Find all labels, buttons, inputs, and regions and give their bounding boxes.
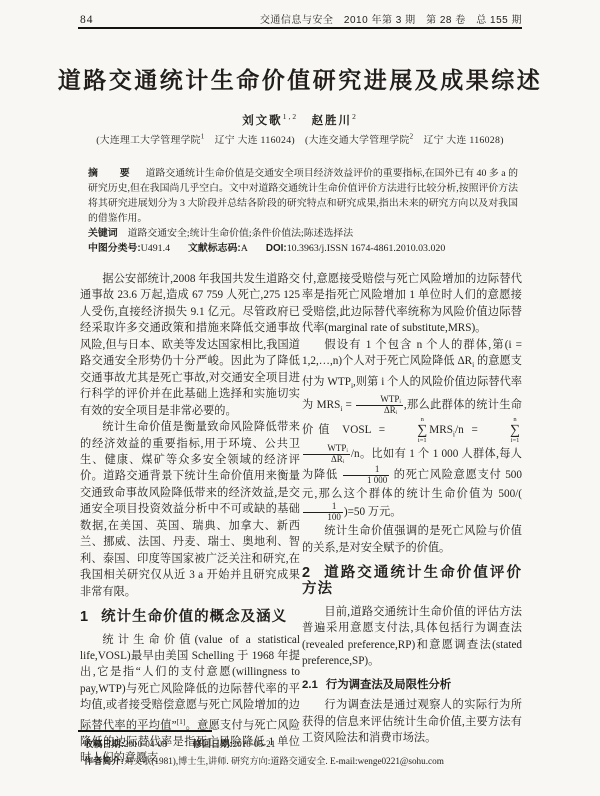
paragraph-vosl-emphasis: 统计生命价值强调的是死亡风险与价值的关系,是对安全赋予的价值。 [302,523,522,556]
paragraph-evaluation-methods: 目前,道路交通统计生命价值的评估方法普遍采用意愿支付法,具体包括行为调查法(re… [302,604,522,670]
paper-title: 道路交通统计生命价值研究进展及成果综述 [40,62,560,95]
section-2-number: 2 [302,565,311,581]
summation-symbol: n∑i=1 [395,417,427,444]
summation-symbol: n∑i=1 [488,417,520,444]
right-column: 付,意愿接受赔偿与死亡风险增加的边际替代率是指死亡风险增加 1 单位时人们的意愿… [302,271,522,747]
header-rule [78,27,522,29]
keywords-line: 关键词道路交通安全;统计生命价值;条件价值法;陈述选择法 [88,227,518,242]
page-header: 84 交通信息与安全 2010 年第 3 期 第 28 卷 总 155 期 [80,11,522,26]
section-1-title: 统计生命价值的概念及涵义 [101,609,287,625]
abstract-paragraph: 摘 要道路交通统计生命价值是交通安全项目经济效益评价的重要指标,在国外已有 40… [88,167,518,227]
footnote-block: 收稿日期:2010-04-08修回日期:2010-05-21 作者简介:刘文歌(… [84,736,522,770]
author-bio-value: 刘文歌(1981),博士生,讲师. 研究方向:道路交通安全. E-mail:we… [124,756,444,766]
inline-fraction: WTPᵢΔRᵢ [303,444,350,465]
journal-issue-info: 交通信息与安全 2010 年第 3 期 第 28 卷 总 155 期 [260,11,522,26]
doc-code-value: A [241,243,248,254]
paragraph-vosl-importance: 统计生命价值是衡量致命风险降低带来的经济效益的重要指标,用于环境、公共卫生、健康… [80,419,300,600]
abstract-text: 道路交通统计生命价值是交通安全项目经济效益评价的重要指标,在国外已有 40 多 … [88,168,518,224]
inline-fraction: 11 000 [343,465,390,486]
paragraph-mrs-continuation: 付,意愿接受赔偿与死亡风险增加的边际替代率是指死亡风险增加 1 单位时人们的意愿… [302,271,522,337]
abstract-block: 摘 要道路交通统计生命价值是交通安全项目经济效益评价的重要指标,在国外已有 40… [88,167,518,256]
abstract-label: 摘 要 [88,168,136,179]
section-2-1-heading: 2.1行为调查法及局限性分析 [302,677,522,693]
revised-date-label: 修回日期: [193,739,233,749]
section-2-1-number: 2.1 [302,679,318,691]
paragraph-vosl-formula: 假设有 1 个包含 n 个人的群体,第(i = 1,2,…,n)个人对于死亡风险… [302,337,522,523]
clc-value: U491.4 [141,243,170,254]
clc-label: 中图分类号: [88,243,141,254]
affiliations-line: (大连理工大学管理学院1 辽宁 大连 116024) (大连交通大学管理学院2 … [0,132,600,146]
received-date-label: 收稿日期: [84,739,124,749]
section-2-title: 道路交通统计生命价值评价方法 [302,565,522,597]
section-2-heading: 2道路交通统计生命价值评价方法 [302,565,522,598]
revised-date-value: 2010-05-21 [233,739,276,749]
scanned-paper-page: 84 交通信息与安全 2010 年第 3 期 第 28 卷 总 155 期 道路… [0,0,600,796]
doi-value: 10.3963/j.ISSN 1674-4861.2010.03.020 [287,243,446,254]
doc-code-label: 文献标志码: [188,243,241,254]
section-1-number: 1 [80,609,89,625]
received-date-value: 2010-04-08 [124,739,167,749]
author-bio-label: 作者简介: [84,756,124,766]
inline-fraction: 1100 [303,502,343,523]
left-column: 据公安部统计,2008 年我国共发生道路交通事故 23.6 万起,造成 67 7… [80,271,300,767]
author-bio-line: 作者简介:刘文歌(1981),博士生,讲师. 研究方向:道路交通安全. E-ma… [84,753,522,770]
section-1-heading: 1统计生命价值的概念及涵义 [80,609,300,625]
section-2-1-title: 行为调查法及局限性分析 [326,679,451,691]
dates-line: 收稿日期:2010-04-08修回日期:2010-05-21 [84,736,522,753]
keywords-text: 道路交通安全;统计生命价值;条件价值法;陈述选择法 [128,228,353,239]
meta-line: 中图分类号:U491.4文献标志码:ADOI:10.3963/j.ISSN 16… [88,242,518,257]
footnote-rule [78,730,212,732]
authors-line: 刘文歌1,2 赵胜川2 [0,112,600,128]
paragraph-intro-stats: 据公安部统计,2008 年我国共发生道路交通事故 23.6 万起,造成 67 7… [80,271,300,419]
page-number: 84 [80,14,94,26]
keywords-label: 关键词 [88,228,118,239]
doi-label: DOI: [266,243,287,254]
inline-fraction: WTPᵢΔRᵢ [356,395,403,416]
